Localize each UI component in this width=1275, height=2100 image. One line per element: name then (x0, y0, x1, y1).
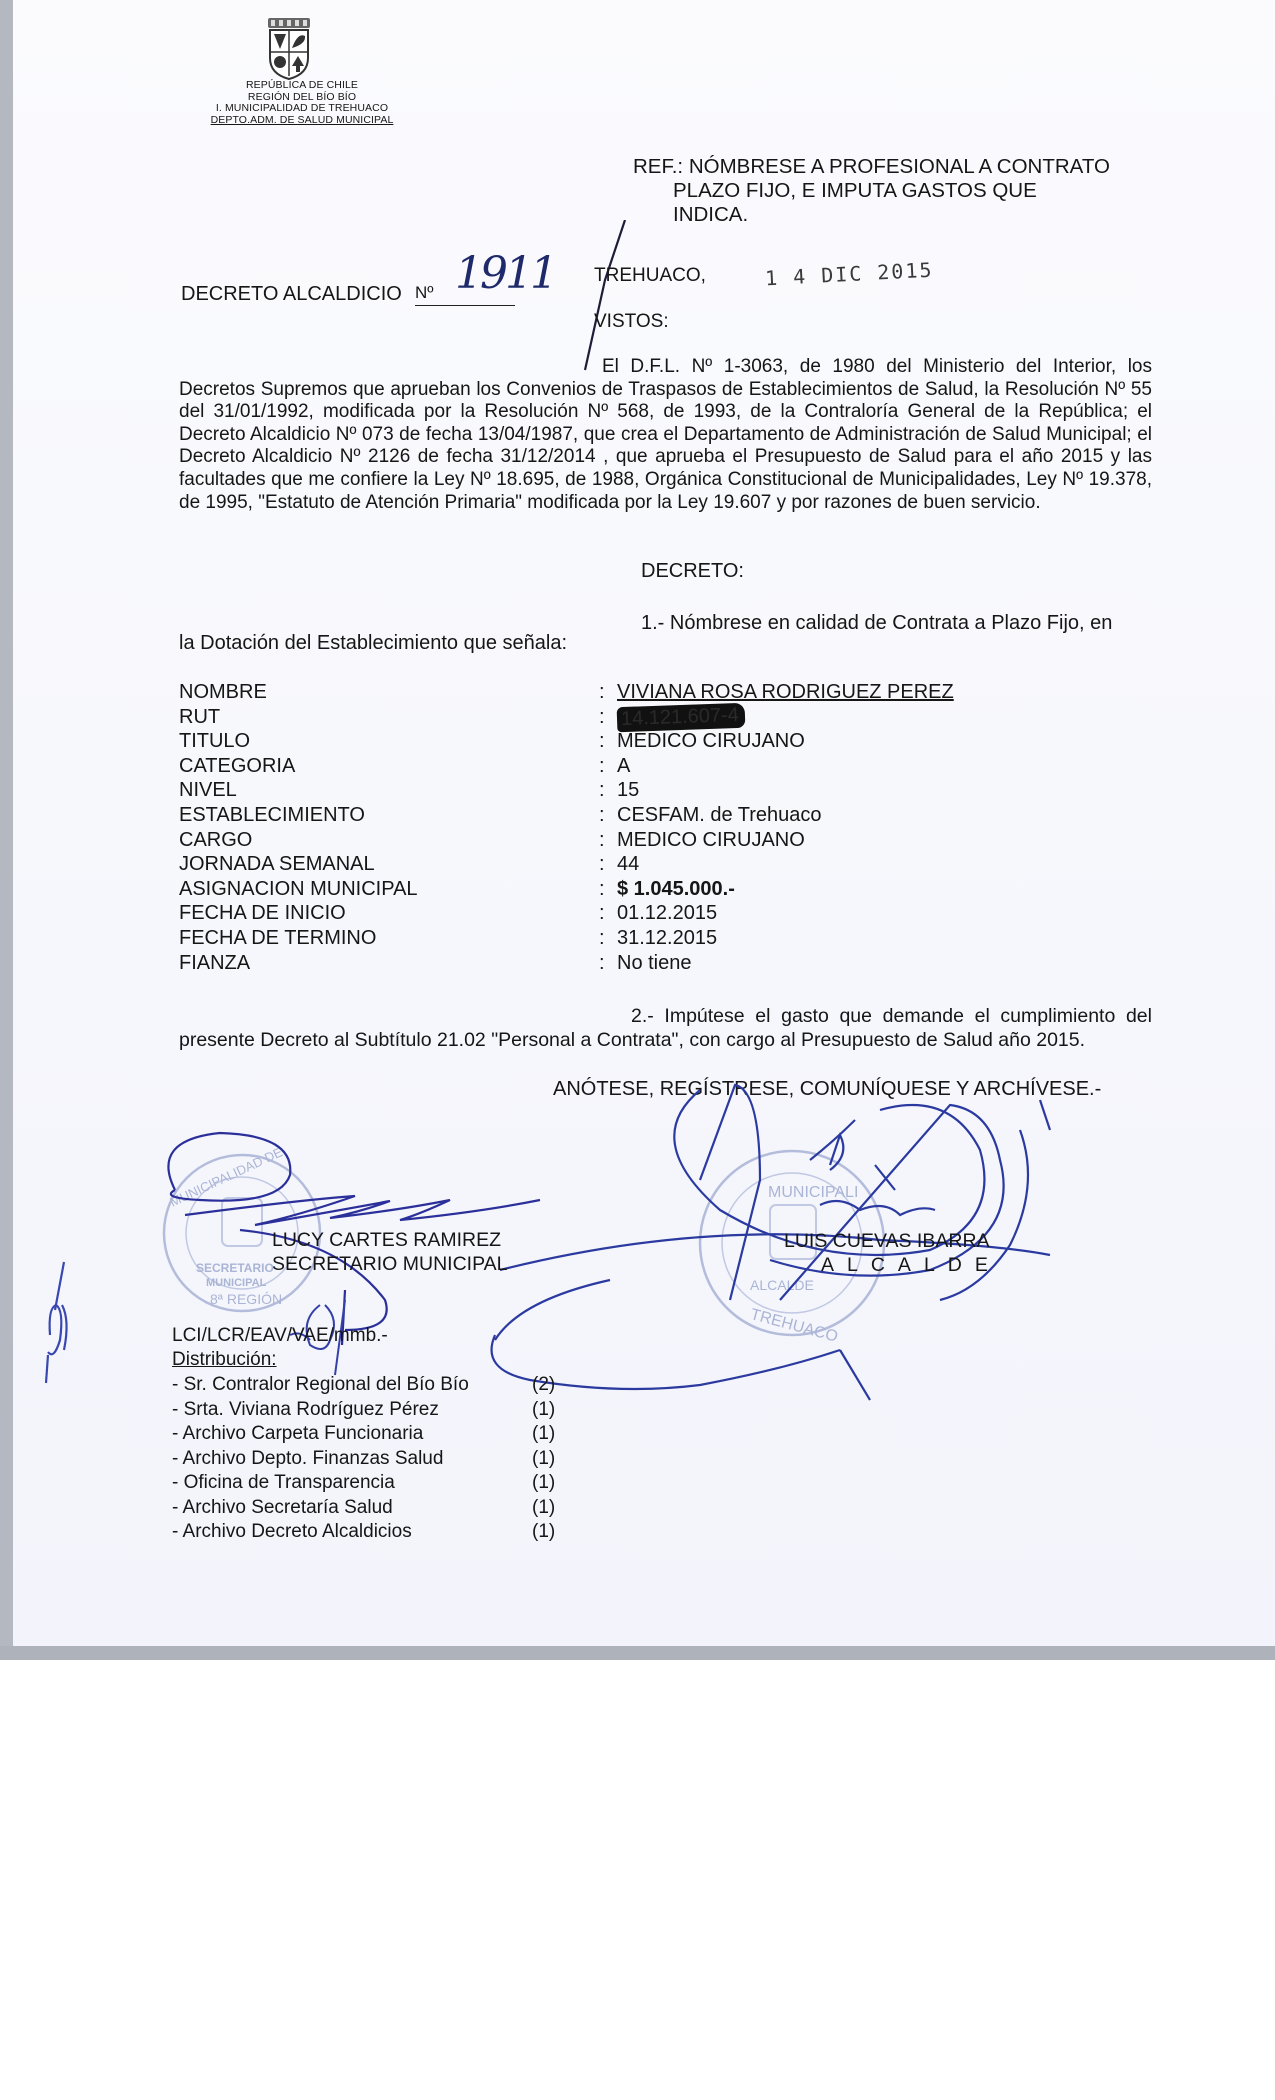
header-line-country: REPÚBLICA DE CHILE (172, 80, 432, 92)
reference-line-3: INDICA. (633, 203, 1153, 227)
detail-separator: : (599, 877, 617, 902)
detail-label: TITULO (179, 729, 599, 754)
municipal-crest-icon (262, 18, 316, 80)
mayor-signature-block: LUIS CUEVAS IBARRA ALCALDE (784, 1229, 1001, 1277)
detail-label: CATEGORIA (179, 754, 599, 779)
detail-label: NIVEL (179, 778, 599, 803)
decree-city: TREHUACO, (594, 265, 706, 287)
detail-label: FIANZA (179, 951, 599, 976)
detail-row-rut: RUT:14.121.607-4 (179, 705, 954, 730)
secretary-title: SECRETARIO MUNICIPAL (272, 1252, 507, 1276)
distribution-recipient: - Archivo Depto. Finanzas Salud (172, 1447, 532, 1472)
distribution-copies: (1) (532, 1422, 555, 1447)
detail-value: VIVIANA ROSA RODRIGUEZ PEREZ (617, 680, 954, 705)
detail-label: NOMBRE (179, 680, 599, 705)
article-1-line-1: 1.- Nómbrese en calidad de Contrata a Pl… (641, 612, 1112, 635)
distribution-copies: (1) (532, 1520, 555, 1545)
detail-separator: : (599, 705, 617, 730)
article-2-text: 2.- Impútese el gasto que demande el cum… (179, 1005, 1152, 1051)
distribution-recipient: - Srta. Viviana Rodríguez Pérez (172, 1398, 532, 1423)
detail-value: $ 1.045.000.- (617, 877, 735, 902)
distribution-heading: Distribución: (172, 1349, 277, 1371)
mayor-title: ALCALDE (784, 1253, 1001, 1277)
redacted-rut-value: 14.121.607-4 (617, 702, 746, 731)
distribution-copies: (1) (532, 1398, 555, 1423)
distribution-item: - Srta. Viviana Rodríguez Pérez(1) (172, 1398, 555, 1423)
detail-label: CARGO (179, 828, 599, 853)
mayor-name: LUIS CUEVAS IBARRA (784, 1229, 1001, 1253)
header-line-department: DEPTO.ADM. DE SALUD MUNICIPAL (172, 115, 432, 127)
reference-line-2: PLAZO FIJO, E IMPUTA GASTOS QUE (633, 179, 1153, 203)
detail-value: MEDICO CIRUJANO (617, 729, 805, 754)
detail-row-fecha-termino: FECHA DE TERMINO:31.12.2015 (179, 926, 954, 951)
detail-label: FECHA DE INICIO (179, 901, 599, 926)
detail-label: RUT (179, 705, 599, 730)
detail-separator: : (599, 901, 617, 926)
distribution-recipient: - Archivo Secretaría Salud (172, 1496, 532, 1521)
detail-value: MEDICO CIRUJANO (617, 828, 805, 853)
reference-block: REF.: NÓMBRESE A PROFESIONAL A CONTRATO … (633, 155, 1153, 227)
detail-separator: : (599, 926, 617, 951)
appointment-details: NOMBRE:VIVIANA ROSA RODRIGUEZ PEREZ RUT:… (179, 680, 954, 975)
drafting-initials: LCI/LCR/EAV/VAE/mmb.- (172, 1325, 388, 1347)
detail-row-titulo: TITULO:MEDICO CIRUJANO (179, 729, 954, 754)
detail-label: JORNADA SEMANAL (179, 852, 599, 877)
distribution-item: - Archivo Depto. Finanzas Salud(1) (172, 1447, 555, 1472)
distribution-item: - Archivo Decreto Alcaldicios(1) (172, 1520, 555, 1545)
detail-row-nivel: NIVEL:15 (179, 778, 954, 803)
distribution-recipient: - Archivo Decreto Alcaldicios (172, 1520, 532, 1545)
detail-value: 31.12.2015 (617, 926, 717, 951)
secretary-name: LUCY CARTES RAMIREZ (272, 1228, 507, 1252)
detail-separator: : (599, 778, 617, 803)
detail-value: 15 (617, 778, 639, 803)
detail-value: 44 (617, 852, 639, 877)
detail-row-asignacion: ASIGNACION MUNICIPAL:$ 1.045.000.- (179, 877, 954, 902)
issuer-header: REPÚBLICA DE CHILE REGIÓN DEL BÍO BÍO I.… (172, 80, 432, 126)
distribution-copies: (1) (532, 1447, 555, 1472)
article-2-paragraph: 2.- Impútese el gasto que demande el cum… (179, 1004, 1152, 1052)
detail-row-jornada: JORNADA SEMANAL:44 (179, 852, 954, 877)
distribution-recipient: - Oficina de Transparencia (172, 1471, 532, 1496)
detail-value: 01.12.2015 (617, 901, 717, 926)
distribution-recipient: - Archivo Carpeta Funcionaria (172, 1422, 532, 1447)
distribution-item: - Sr. Contralor Regional del Bío Bío(2) (172, 1373, 555, 1398)
decreto-heading: DECRETO: (641, 560, 744, 583)
vistos-paragraph: El D.F.L. Nº 1-3063, de 1980 del Ministe… (179, 356, 1152, 514)
detail-row-cargo: CARGO:MEDICO CIRUJANO (179, 828, 954, 853)
detail-separator: : (599, 828, 617, 853)
distribution-recipient: - Sr. Contralor Regional del Bío Bío (172, 1373, 532, 1398)
detail-value: No tiene (617, 951, 692, 976)
reference-line-1: REF.: NÓMBRESE A PROFESIONAL A CONTRATO (633, 155, 1110, 178)
detail-label: ASIGNACION MUNICIPAL (179, 877, 599, 902)
detail-row-categoria: CATEGORIA:A (179, 754, 954, 779)
detail-row-fecha-inicio: FECHA DE INICIO:01.12.2015 (179, 901, 954, 926)
detail-value: A (617, 754, 630, 779)
detail-separator: : (599, 951, 617, 976)
distribution-copies: (1) (532, 1496, 555, 1521)
decree-number-symbol: Nº (415, 283, 434, 303)
closing-formula: ANÓTESE, REGÍSTRESE, COMUNÍQUESE Y ARCHÍ… (553, 1078, 1101, 1101)
header-line-municipality: I. MUNICIPALIDAD DE TREHUACO (172, 103, 432, 115)
vistos-paragraph-text: El D.F.L. Nº 1-3063, de 1980 del Ministe… (179, 356, 1152, 513)
detail-label: FECHA DE TERMINO (179, 926, 599, 951)
detail-label: ESTABLECIMIENTO (179, 803, 599, 828)
detail-separator: : (599, 754, 617, 779)
detail-separator: : (599, 852, 617, 877)
detail-value: CESFAM. de Trehuaco (617, 803, 822, 828)
secretary-signature-block: LUCY CARTES RAMIREZ SECRETARIO MUNICIPAL (272, 1228, 507, 1276)
detail-separator: : (599, 803, 617, 828)
distribution-item: - Oficina de Transparencia(1) (172, 1471, 555, 1496)
distribution-item: - Archivo Secretaría Salud(1) (172, 1496, 555, 1521)
distribution-item: - Archivo Carpeta Funcionaria(1) (172, 1422, 555, 1447)
article-1-line-2: la Dotación del Establecimiento que seña… (179, 632, 567, 655)
decree-number-underline (415, 305, 515, 306)
distribution-copies: (1) (532, 1471, 555, 1496)
scan-bottom-edge (0, 1646, 1275, 1660)
vistos-heading: VISTOS: (594, 311, 669, 333)
distribution-copies: (2) (532, 1373, 555, 1398)
distribution-list: - Sr. Contralor Regional del Bío Bío(2) … (172, 1373, 555, 1545)
detail-row-nombre: NOMBRE:VIVIANA ROSA RODRIGUEZ PEREZ (179, 680, 954, 705)
detail-separator: : (599, 729, 617, 754)
decree-label: DECRETO ALCALDICIO (181, 283, 402, 306)
detail-row-fianza: FIANZA:No tiene (179, 951, 954, 976)
detail-row-establecimiento: ESTABLECIMIENTO:CESFAM. de Trehuaco (179, 803, 954, 828)
detail-separator: : (599, 680, 617, 705)
